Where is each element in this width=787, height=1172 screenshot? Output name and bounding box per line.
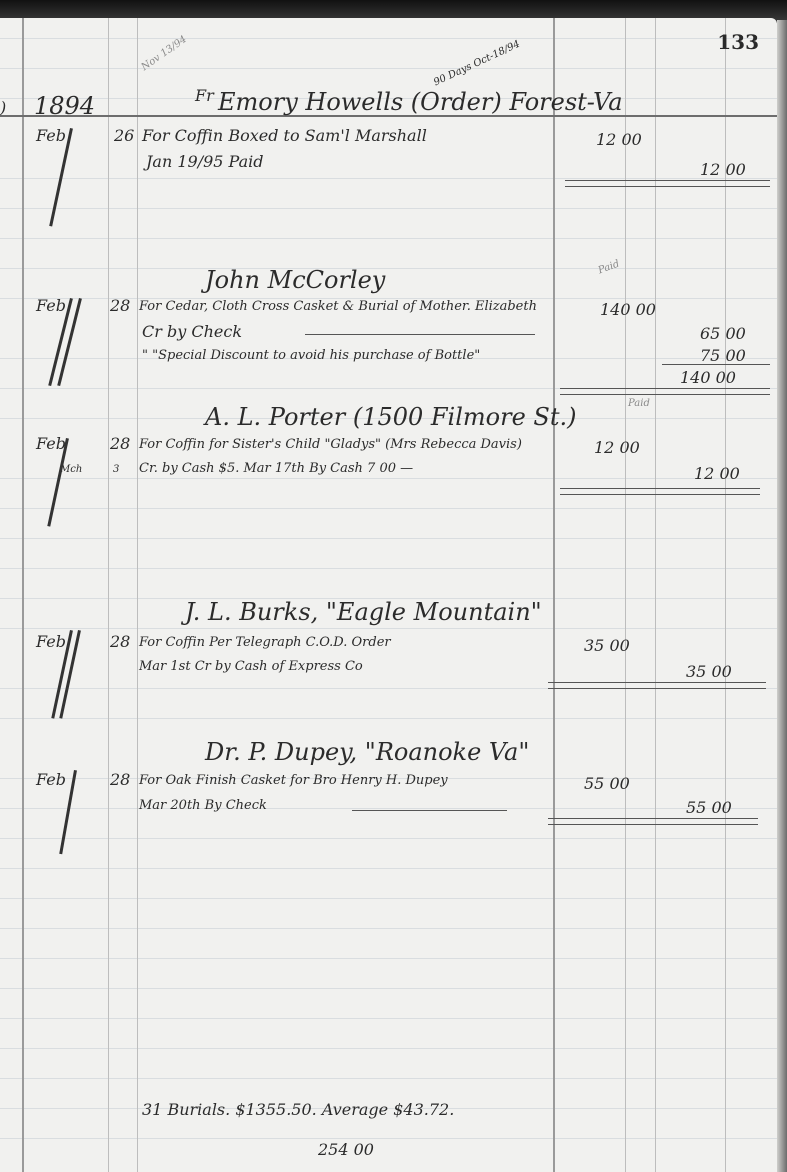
credit-amount: 35 00 — [686, 662, 732, 681]
entry-day: 28 — [110, 770, 130, 789]
entry-note: Cr by Check — [142, 322, 242, 341]
margin-line — [22, 18, 24, 1172]
debit-amount: 55 00 — [584, 774, 630, 793]
fill-line — [352, 810, 507, 811]
entry-description: For Coffin Per Telegraph C.O.D. Order — [139, 635, 391, 650]
margin-fragment: ) — [0, 98, 6, 117]
balance-double-rule — [548, 682, 766, 689]
balance-double-rule — [560, 388, 770, 395]
paid-mark: Paid — [597, 259, 621, 277]
paid-mark: Paid — [628, 398, 650, 409]
description-column-line — [553, 18, 555, 1172]
entry-day: 28 — [110, 434, 130, 453]
fill-line — [305, 334, 535, 335]
entry-description: For Cedar, Cloth Cross Casket & Burial o… — [139, 299, 537, 314]
debit-amount: 12 00 — [596, 130, 642, 149]
debit-cents-line — [625, 18, 626, 1172]
entry-day-2: 3 — [113, 464, 119, 475]
entry-month: Feb — [36, 296, 66, 315]
book-right-edge — [777, 20, 787, 1172]
entry-note: Jan 19/95 Paid — [146, 152, 263, 171]
entry-description: For Coffin for Sister's Child "Gladys" (… — [139, 437, 522, 452]
customer-name: A. L. Porter (1500 Filmore St.) — [205, 403, 577, 431]
customer-name: Emory Howells (Order) Forest-Va — [218, 88, 623, 116]
month-column-line — [108, 18, 109, 1172]
credit-amount: 12 00 — [700, 160, 746, 179]
debit-amount: 140 00 — [600, 300, 656, 319]
entry-month: Feb — [36, 632, 66, 651]
credit-amount: 55 00 — [686, 798, 732, 817]
page-number: 133 — [717, 30, 759, 54]
balance-double-rule — [548, 818, 758, 825]
entry-month: Feb — [36, 770, 66, 789]
debit-column-line — [655, 18, 656, 1172]
ledger-page: 133 ) 1894 Nov 13/94 Fr Emory Howells (O… — [0, 18, 777, 1172]
credit-amount: 12 00 — [694, 464, 740, 483]
customer-name: J. L. Burks, "Eagle Mountain" — [185, 598, 542, 626]
entry-note: Mar 20th By Check — [139, 798, 267, 813]
debit-amount: 35 00 — [584, 636, 630, 655]
sum-line — [662, 364, 770, 365]
customer-name: Dr. P. Dupey, "Roanoke Va" — [205, 738, 529, 766]
monthly-summary: 31 Burials. $1355.50. Average $43.72. — [142, 1100, 454, 1119]
entry-day: 26 — [114, 126, 134, 145]
entry-month-2: Mch — [60, 464, 82, 475]
credit-amount: 75 00 — [700, 346, 746, 365]
entry-note: Mar 1st Cr by Cash of Express Co — [139, 659, 363, 674]
entry-month: Feb — [36, 434, 66, 453]
summary-total: 254 00 — [318, 1140, 374, 1159]
balance-double-rule — [565, 180, 770, 187]
entry-day: 28 — [110, 296, 130, 315]
day-column-line — [137, 18, 138, 1172]
discount-note: " "Special Discount to avoid his purchas… — [142, 348, 480, 363]
entry-description: For Oak Finish Casket for Bro Henry H. D… — [139, 773, 448, 788]
entry-day: 28 — [110, 632, 130, 651]
entry-prefix: Fr — [195, 86, 214, 105]
credit-total: 140 00 — [680, 368, 736, 387]
entry-description: For Coffin Boxed to Sam'l Marshall — [142, 126, 427, 145]
balance-double-rule — [560, 488, 760, 495]
debit-amount: 12 00 — [594, 438, 640, 457]
entry-note: Cr. by Cash $5. Mar 17th By Cash 7 00 — — [139, 461, 413, 476]
terms-note: 90 Days Oct-18/94 — [432, 39, 522, 89]
entry-month: Feb — [36, 126, 66, 145]
customer-name: John McCorley — [205, 266, 385, 294]
credit-amount: 65 00 — [700, 324, 746, 343]
year-heading: 1894 — [34, 92, 95, 120]
credit-cents-line — [725, 18, 726, 1172]
